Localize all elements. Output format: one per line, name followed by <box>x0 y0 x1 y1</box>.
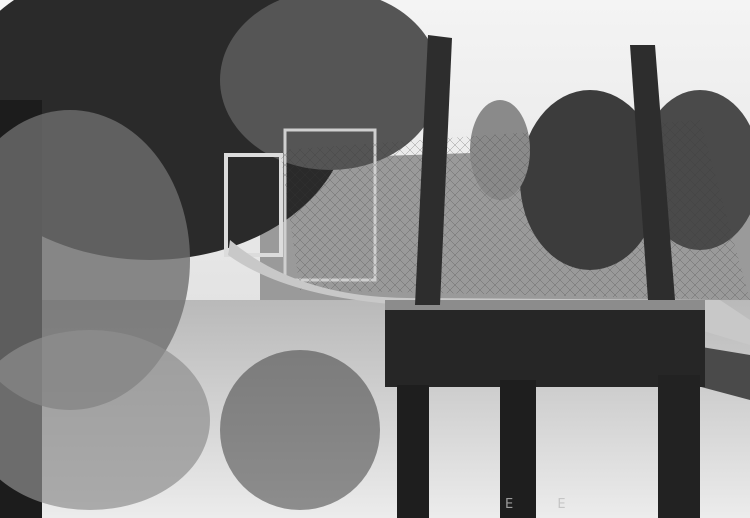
foliage-branch <box>220 350 380 510</box>
bridge-photograph: E E <box>0 0 750 518</box>
bridge-netting <box>280 120 750 300</box>
platform-base <box>385 305 705 387</box>
watermark: E E <box>505 497 586 512</box>
pile-left <box>397 385 429 518</box>
photo-scene <box>0 0 750 518</box>
pile-right <box>658 375 700 518</box>
